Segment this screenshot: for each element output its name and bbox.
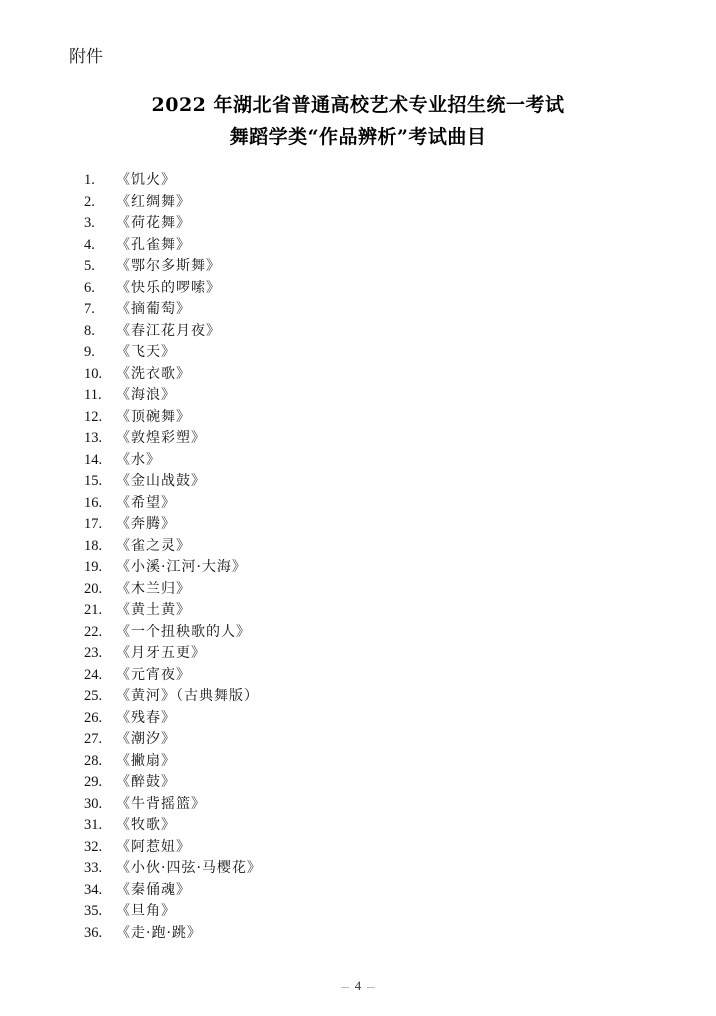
- document-title-line1: 2022 年湖北省普通高校艺术专业招生统一考试: [0, 90, 716, 117]
- item-number: 22.: [84, 622, 116, 644]
- item-number: 17.: [84, 514, 116, 536]
- item-number: 36.: [84, 923, 116, 945]
- list-item: 14.《水》: [84, 450, 262, 472]
- list-item: 4.《孔雀舞》: [84, 235, 262, 257]
- item-number: 32.: [84, 837, 116, 859]
- list-item: 15.《金山战鼓》: [84, 471, 262, 493]
- list-item: 31.《牧歌》: [84, 815, 262, 837]
- page-number: 4: [355, 978, 362, 993]
- item-title: 《摘葡萄》: [116, 299, 191, 321]
- item-number: 4.: [84, 235, 116, 257]
- item-title: 《金山战鼓》: [116, 471, 206, 493]
- item-title: 《洗衣歌》: [116, 364, 191, 386]
- item-title: 《残春》: [116, 708, 176, 730]
- item-number: 12.: [84, 407, 116, 429]
- item-number: 35.: [84, 901, 116, 923]
- item-number: 13.: [84, 428, 116, 450]
- item-title: 《海浪》: [116, 385, 176, 407]
- item-title: 《雀之灵》: [116, 536, 191, 558]
- item-title: 《牧歌》: [116, 815, 176, 837]
- list-item: 10.《洗衣歌》: [84, 364, 262, 386]
- item-number: 5.: [84, 256, 116, 278]
- list-item: 22.《一个扭秧歌的人》: [84, 622, 262, 644]
- item-number: 3.: [84, 213, 116, 235]
- item-number: 14.: [84, 450, 116, 472]
- list-item: 21.《黄土黄》: [84, 600, 262, 622]
- item-number: 25.: [84, 686, 116, 708]
- item-number: 30.: [84, 794, 116, 816]
- list-item: 19.《小溪·江河·大海》: [84, 557, 262, 579]
- item-title: 《秦俑魂》: [116, 880, 191, 902]
- item-title: 《快乐的啰嗦》: [116, 278, 221, 300]
- list-item: 16.《希望》: [84, 493, 262, 515]
- list-item: 33.《小伙·四弦·马樱花》: [84, 858, 262, 880]
- item-number: 33.: [84, 858, 116, 880]
- item-number: 15.: [84, 471, 116, 493]
- list-item: 17.《奔腾》: [84, 514, 262, 536]
- item-number: 24.: [84, 665, 116, 687]
- list-item: 28.《撇扇》: [84, 751, 262, 773]
- item-title: 《阿惹妞》: [116, 837, 191, 859]
- item-title: 《小溪·江河·大海》: [116, 557, 247, 579]
- footer-dash-right: [367, 987, 375, 988]
- item-number: 28.: [84, 751, 116, 773]
- list-item: 35.《旦角》: [84, 901, 262, 923]
- item-title: 《鄂尔多斯舞》: [116, 256, 221, 278]
- item-title: 《撇扇》: [116, 751, 176, 773]
- item-number: 11.: [84, 385, 116, 407]
- list-item: 29.《醉鼓》: [84, 772, 262, 794]
- list-item: 3.《荷花舞》: [84, 213, 262, 235]
- item-number: 21.: [84, 600, 116, 622]
- list-item: 27.《潮汐》: [84, 729, 262, 751]
- item-title: 《月牙五更》: [116, 643, 206, 665]
- item-number: 6.: [84, 278, 116, 300]
- list-item: 13.《敦煌彩塑》: [84, 428, 262, 450]
- list-item: 25.《黄河》（古典舞版）: [84, 686, 262, 708]
- footer-dash-left: [341, 987, 349, 988]
- list-item: 32.《阿惹妞》: [84, 837, 262, 859]
- item-title: 《牛背摇篮》: [116, 794, 206, 816]
- item-number: 20.: [84, 579, 116, 601]
- item-number: 2.: [84, 192, 116, 214]
- item-number: 27.: [84, 729, 116, 751]
- item-title: 《饥火》: [116, 170, 176, 192]
- document-title-line2: 舞蹈学类“作品辨析”考试曲目: [0, 122, 716, 149]
- list-item: 1.《饥火》: [84, 170, 262, 192]
- item-title: 《奔腾》: [116, 514, 176, 536]
- attachment-label: 附件: [69, 42, 103, 67]
- list-item: 34.《秦俑魂》: [84, 880, 262, 902]
- item-title: 《小伙·四弦·马樱花》: [116, 858, 262, 880]
- item-number: 16.: [84, 493, 116, 515]
- item-title: 《一个扭秧歌的人》: [116, 622, 251, 644]
- item-number: 9.: [84, 342, 116, 364]
- item-title: 《春江花月夜》: [116, 321, 221, 343]
- list-item: 8.《春江花月夜》: [84, 321, 262, 343]
- list-item: 12.《顶碗舞》: [84, 407, 262, 429]
- item-title: 《荷花舞》: [116, 213, 191, 235]
- list-item: 24.《元宵夜》: [84, 665, 262, 687]
- list-item: 6.《快乐的啰嗦》: [84, 278, 262, 300]
- list-item: 7.《摘葡萄》: [84, 299, 262, 321]
- item-title: 《元宵夜》: [116, 665, 191, 687]
- item-number: 19.: [84, 557, 116, 579]
- list-item: 26.《残春》: [84, 708, 262, 730]
- item-number: 23.: [84, 643, 116, 665]
- item-number: 18.: [84, 536, 116, 558]
- item-number: 29.: [84, 772, 116, 794]
- item-number: 8.: [84, 321, 116, 343]
- item-title: 《黄土黄》: [116, 600, 191, 622]
- item-title: 《敦煌彩塑》: [116, 428, 206, 450]
- item-title: 《旦角》: [116, 901, 176, 923]
- item-title: 《顶碗舞》: [116, 407, 191, 429]
- item-number: 26.: [84, 708, 116, 730]
- list-item: 11.《海浪》: [84, 385, 262, 407]
- item-title: 《走·跑·跳》: [116, 923, 202, 945]
- item-title: 《红绸舞》: [116, 192, 191, 214]
- item-title: 《醉鼓》: [116, 772, 176, 794]
- repertoire-list: 1.《饥火》2.《红绸舞》3.《荷花舞》4.《孔雀舞》5.《鄂尔多斯舞》6.《快…: [84, 170, 262, 944]
- item-number: 34.: [84, 880, 116, 902]
- list-item: 5.《鄂尔多斯舞》: [84, 256, 262, 278]
- list-item: 20.《木兰归》: [84, 579, 262, 601]
- item-title: 《黄河》（古典舞版）: [116, 686, 259, 708]
- item-title: 《希望》: [116, 493, 176, 515]
- list-item: 30.《牛背摇篮》: [84, 794, 262, 816]
- item-title: 《飞天》: [116, 342, 176, 364]
- item-number: 7.: [84, 299, 116, 321]
- page-footer: 4: [0, 978, 716, 994]
- item-number: 10.: [84, 364, 116, 386]
- list-item: 23.《月牙五更》: [84, 643, 262, 665]
- list-item: 2.《红绸舞》: [84, 192, 262, 214]
- list-item: 36.《走·跑·跳》: [84, 923, 262, 945]
- list-item: 9.《飞天》: [84, 342, 262, 364]
- item-number: 1.: [84, 170, 116, 192]
- item-title: 《潮汐》: [116, 729, 176, 751]
- list-item: 18.《雀之灵》: [84, 536, 262, 558]
- item-number: 31.: [84, 815, 116, 837]
- item-title: 《木兰归》: [116, 579, 191, 601]
- item-title: 《水》: [116, 450, 161, 472]
- item-title: 《孔雀舞》: [116, 235, 191, 257]
